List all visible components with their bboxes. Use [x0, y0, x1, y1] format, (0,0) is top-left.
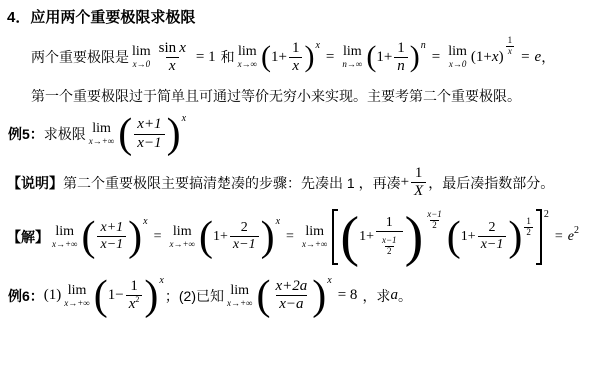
variable-x: x: [179, 40, 186, 56]
denominator: x−1: [478, 236, 507, 253]
lim-subscript: x→+∞: [302, 240, 327, 249]
result-exponent: 2: [574, 225, 579, 236]
fraction-nested: 1 x−1 2: [376, 215, 403, 258]
close-paren: ): [405, 209, 424, 265]
power-group-one-minus-1-over-x2: ( 1− 1 x2 ) x: [94, 275, 164, 317]
comma: ，: [541, 48, 555, 66]
lim-subscript: n→∞: [342, 60, 362, 69]
denominator: x: [289, 57, 302, 75]
lim-operator: lim x→+∞: [227, 284, 252, 308]
equals-one: = 1: [196, 49, 216, 66]
one-plus-text: 1+: [213, 229, 228, 245]
numerator: x+1: [134, 116, 164, 133]
find-text: ，求: [362, 287, 390, 305]
mini-fraction: x−1 2: [380, 236, 399, 257]
close-paren: ): [312, 275, 326, 317]
exponent: x: [327, 275, 331, 286]
denominator: x−a: [276, 295, 306, 313]
separator-semicolon: ；: [165, 287, 179, 305]
lim-operator: lim x→+∞: [302, 225, 327, 249]
open-paren: (: [199, 216, 213, 258]
solution-line: 【解】 lim x→+∞ ( x+1 x−1 ) x = lim x→+∞ ( …: [7, 209, 594, 265]
solution-label: 【解】: [7, 228, 49, 246]
close-paren: ): [144, 275, 158, 317]
and-text: 和: [221, 48, 235, 66]
close-paren: ): [499, 49, 504, 66]
lim-subscript: x→+∞: [52, 240, 77, 249]
fraction: 1 n: [394, 40, 408, 76]
example6-line: 例6： (1) lim x→+∞ ( 1− 1 x2 ) x ； (2)已知 l…: [8, 275, 594, 317]
denominator: 2: [524, 227, 533, 238]
fraction: x+1 x−1: [134, 116, 164, 152]
lim-subscript: x→∞: [238, 60, 257, 69]
numerator: 1: [412, 165, 426, 182]
numerator: x−1: [380, 236, 399, 246]
left-square-bracket: [332, 209, 338, 265]
equals-sign: =: [432, 49, 440, 66]
lim-operator: lim x→+∞: [89, 122, 114, 146]
numerator: 1: [383, 215, 396, 231]
close-paren: ): [261, 216, 275, 258]
fraction: x+2a x−a: [272, 278, 310, 314]
part2-text: (2)已知: [179, 287, 224, 305]
exponent-fraction: 1 2: [523, 216, 534, 239]
example6-label: 例6：: [8, 287, 44, 305]
example5-label: 例5：: [8, 125, 44, 143]
exponent-fraction: x−1 2: [424, 209, 445, 232]
squared-superscript: 2: [135, 295, 139, 304]
part1-number: (1): [44, 287, 62, 304]
lim-subscript: x→0: [133, 60, 151, 69]
denominator: 2: [430, 220, 439, 231]
numerator: 1: [394, 40, 408, 57]
open-paren: (: [118, 113, 132, 155]
close-paren: ): [128, 216, 142, 258]
power-group-x-plus-1-over-x-minus-1: ( x+1 x−1 ) x: [118, 113, 186, 155]
close-paren: ): [167, 113, 181, 155]
exponent-fraction: 1 x: [505, 30, 516, 58]
lim-operator: lim x→0: [448, 45, 467, 69]
intro-paragraph: 第一个重要极限过于简单且可通过等价无穷小来实现。主要考第二个重要极限。: [31, 87, 594, 105]
note-label: 【说明】: [7, 174, 63, 192]
numerator: 1: [506, 36, 515, 46]
intro-formula-line: 两个重要极限是 lim x→0 sinx x = 1 和 lim x→∞ ( 1…: [31, 40, 594, 76]
one-minus-text: 1−: [108, 287, 124, 304]
lim-word: lim: [343, 45, 362, 59]
numerator: x−1: [425, 210, 444, 220]
power-group-one-plus-x: (1+ x ) 1 x: [471, 43, 515, 71]
one-plus-text: 1+: [461, 229, 476, 245]
lim-word: lim: [68, 284, 87, 298]
lim-subscript: x→+∞: [227, 299, 252, 308]
lim-operator: lim x→0: [132, 45, 151, 69]
lim-word: lim: [230, 284, 249, 298]
lim-word: lim: [92, 122, 111, 136]
lim-word: lim: [55, 225, 74, 239]
power-group-step2: ( 1+ 2 x−1 ) x: [199, 216, 280, 258]
intro-lead-text: 两个重要极限是: [31, 48, 129, 66]
fraction-sinx-over-x: sinx x: [156, 40, 189, 76]
numerator: 1: [524, 217, 533, 227]
denominator: 2: [385, 246, 394, 257]
denominator: x−1: [134, 134, 164, 152]
lim-operator: lim x→+∞: [64, 284, 89, 308]
fraction: 2 x−1: [230, 220, 259, 253]
term2-power-group: ( 1+ 2 x−1 ) 1 2: [447, 216, 534, 258]
open-paren: (: [81, 216, 95, 258]
document-page: 4．应用两个重要极限求极限 两个重要极限是 lim x→0 sinx x = 1…: [0, 0, 597, 317]
numerator: 1: [289, 40, 303, 57]
one-plus-text: 1+: [271, 49, 287, 66]
power-group-one-plus-1-over-x: ( 1+ 1 x ) x: [261, 40, 320, 76]
note-text-1: 第二个重要极限主要搞清楚凑的步骤：先凑出 1 ，再凑: [63, 174, 401, 192]
denominator: x: [166, 57, 179, 75]
equals-sign: =: [286, 229, 294, 245]
euler-e: e: [535, 49, 542, 66]
equals-sign: =: [555, 229, 563, 245]
variable-a: a: [390, 287, 398, 304]
term1-power-group: ( 1+ 1 x−1 2 ) x−1 2: [340, 209, 444, 265]
exponent: x: [276, 216, 280, 227]
close-paren: ): [410, 42, 420, 72]
note-line: 【说明】 第二个重要极限主要搞清楚凑的步骤：先凑出 1 ，再凑 + 1 X ，最…: [7, 165, 594, 201]
equals-sign: =: [326, 49, 334, 66]
example5-text: 求极限: [44, 125, 86, 143]
open-paren: (: [340, 209, 359, 265]
fraction: 1 x: [289, 40, 303, 76]
numerator: sinx: [156, 40, 189, 57]
exponent: x: [182, 113, 186, 124]
numerator: 1: [127, 278, 141, 295]
power-group-x-plus-2a-over-x-minus-a: ( x+2a x−a ) x: [256, 275, 331, 317]
variable-x: x: [492, 49, 499, 66]
lim-word: lim: [132, 45, 151, 59]
lim-subscript: x→+∞: [170, 240, 195, 249]
lim-word: lim: [448, 45, 467, 59]
note-text-2: ，最后凑指数部分。: [428, 174, 554, 192]
lim-word: lim: [305, 225, 324, 239]
lim-operator: lim x→+∞: [52, 225, 77, 249]
open-paren: (: [256, 275, 270, 317]
exponent: x: [159, 275, 163, 286]
lim-operator: lim x→+∞: [170, 225, 195, 249]
lim-operator: lim n→∞: [342, 45, 362, 69]
power-group-one-plus-1-over-n: ( 1+ 1 n ) n: [366, 40, 425, 76]
exponent: n: [421, 40, 426, 51]
fraction: 1 x2: [126, 278, 143, 314]
equals-sign: =: [521, 49, 529, 66]
power-group-step1: ( x+1 x−1 ) x: [81, 216, 147, 258]
open-paren: (: [447, 216, 461, 258]
lim-word: lim: [238, 45, 257, 59]
fraction-1-over-X: 1 X: [411, 165, 426, 201]
fraction: 2 x−1: [478, 220, 507, 253]
plus-sign: +: [401, 174, 409, 191]
open-paren: (: [94, 275, 108, 317]
mini-fraction: x−1 2: [425, 210, 444, 231]
period: 。: [398, 287, 412, 305]
one-plus-text: 1+: [376, 49, 392, 66]
denominator: n: [394, 57, 408, 75]
denominator: x: [506, 46, 514, 57]
denominator: X: [411, 182, 426, 200]
lim-operator: lim x→∞: [238, 45, 257, 69]
denominator: x2: [126, 295, 143, 313]
close-paren: ): [508, 216, 522, 258]
lim-subscript: x→+∞: [64, 299, 89, 308]
right-square-bracket: [536, 209, 542, 265]
lim-subscript: x→0: [449, 60, 467, 69]
denominator: x−1: [230, 236, 259, 253]
denominator: x−1 2: [376, 231, 403, 258]
one-plus-text: 1+: [359, 229, 374, 245]
exponent: x: [143, 216, 147, 227]
equals-eight: = 8: [338, 287, 358, 304]
exponent: x: [315, 40, 319, 51]
open-paren-one-plus: (1+: [471, 49, 492, 66]
denominator: x−1: [97, 236, 126, 253]
fraction: 1 x: [506, 36, 515, 57]
example5-line: 例5： 求极限 lim x→+∞ ( x+1 x−1 ) x: [8, 113, 594, 155]
open-paren: (: [261, 42, 271, 72]
numerator: 2: [486, 220, 499, 236]
open-paren: (: [366, 42, 376, 72]
page-title: 4．应用两个重要极限求极限: [7, 8, 594, 28]
mini-fraction: 1 2: [524, 217, 533, 238]
bracket-power-group: ( 1+ 1 x−1 2 ) x−1 2: [331, 209, 548, 265]
numerator: x+1: [97, 220, 126, 236]
bracket-exponent: 2: [544, 209, 549, 220]
lim-subscript: x→+∞: [89, 137, 114, 146]
sin-function: sin: [159, 40, 177, 56]
numerator: x+2a: [272, 278, 310, 295]
fraction: x+1 x−1: [97, 220, 126, 253]
numerator: 2: [238, 220, 251, 236]
lim-word: lim: [173, 225, 192, 239]
equals-sign: =: [154, 229, 162, 245]
close-paren: ): [304, 42, 314, 72]
